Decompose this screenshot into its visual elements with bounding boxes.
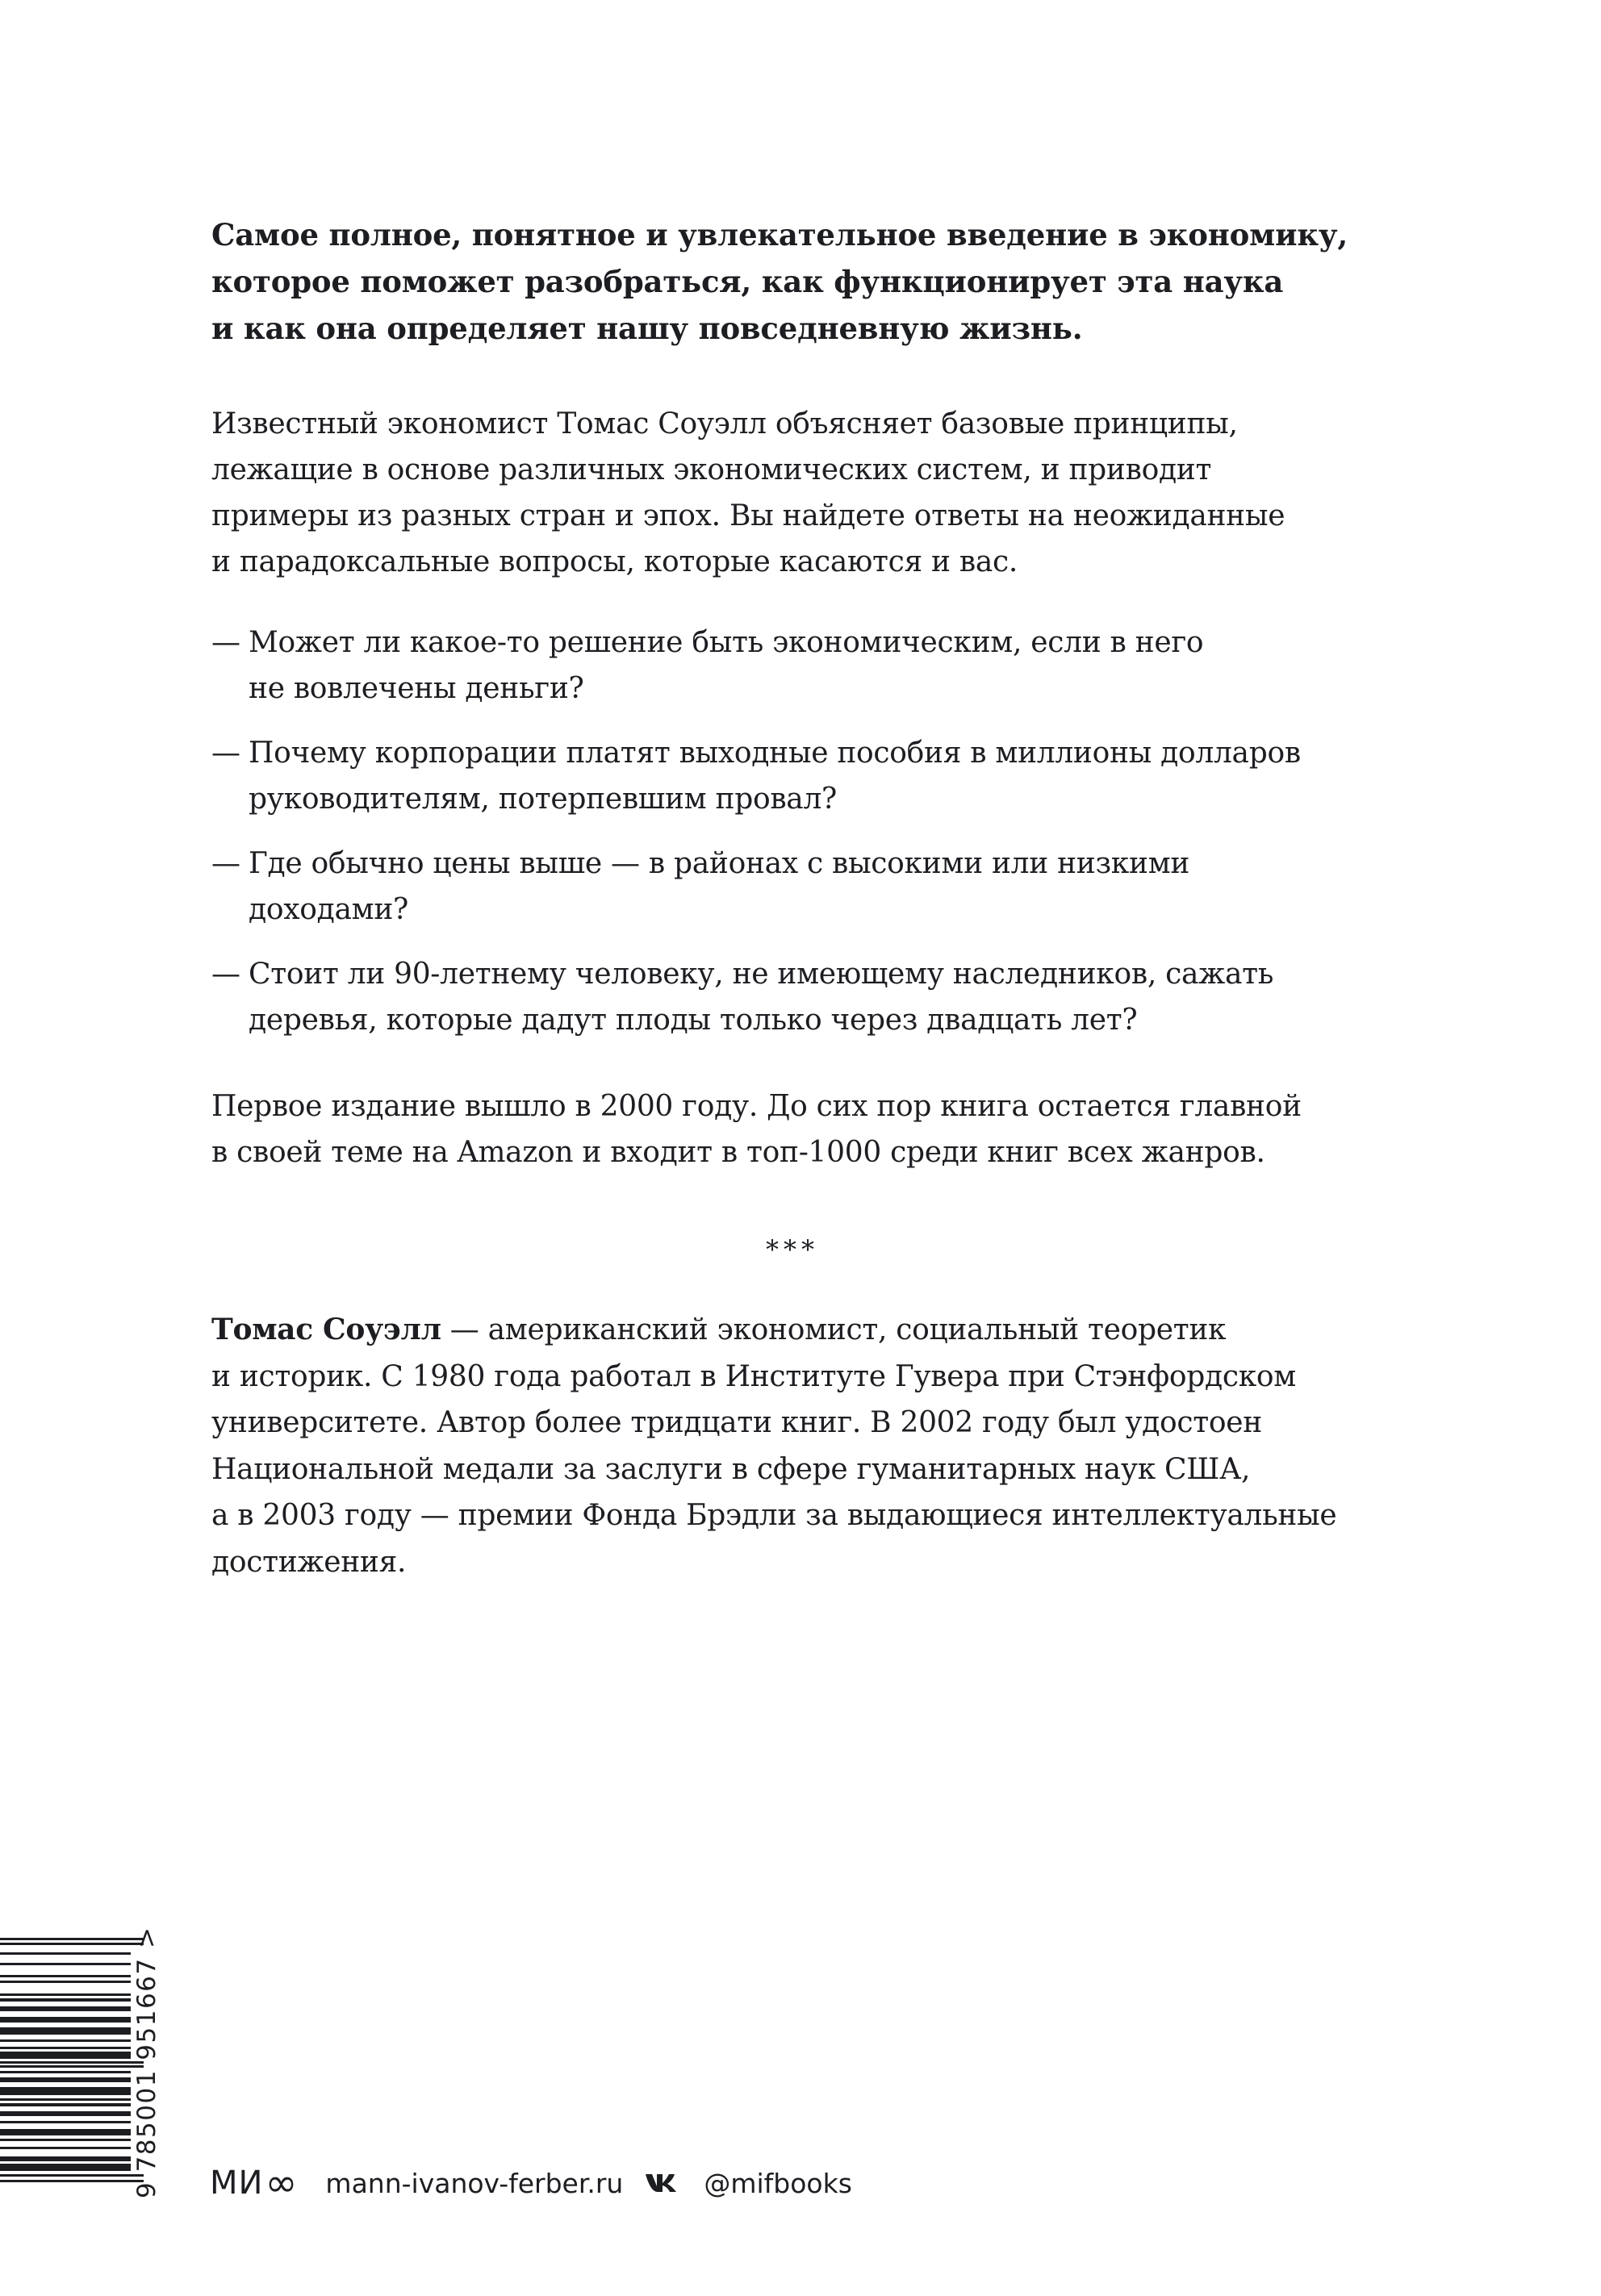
barcode-bar <box>0 2039 131 2042</box>
first-edition-line: в своей теме на Amazon и входит в топ-10… <box>211 1129 1357 1175</box>
bio-line: Национальной медали за заслуги в сфере г… <box>211 1446 1357 1493</box>
social-handle[interactable]: @mifbooks <box>704 2168 852 2199</box>
barcode-bar <box>0 1943 144 1945</box>
logo-letters: МИ <box>210 2165 263 2202</box>
barcode-bar <box>0 2156 131 2161</box>
barcode-bar <box>0 2129 131 2135</box>
barcode-bar <box>0 2052 131 2059</box>
barcode-bar <box>0 1975 131 1977</box>
dash-bullet: — <box>211 620 240 666</box>
bio-line: и историк. С 1980 года работал в Институ… <box>211 1354 1357 1401</box>
intro-line: и парадоксальные вопросы, которые касают… <box>211 539 1357 585</box>
intro-line: лежащие в основе различных экономических… <box>211 447 1357 493</box>
barcode-bar <box>0 2065 144 2068</box>
barcode-bar <box>0 2006 131 2011</box>
first-edition-line: Первое издание вышло в 2000 году. До сих… <box>211 1083 1357 1129</box>
question-line: Стоит ли 90-летнему человеку, не имеющем… <box>249 951 1357 997</box>
question-item: — Почему корпорации платят выходные посо… <box>211 730 1357 822</box>
barcode-bar <box>0 2071 131 2073</box>
barcode-bar <box>0 2164 131 2171</box>
question-line: Почему корпорации платят выходные пособи… <box>249 730 1357 776</box>
question-item: — Может ли какое-то решение быть экономи… <box>211 620 1357 712</box>
barcode-bar <box>0 2098 131 2101</box>
bio-text: — американский экономист, социальный тео… <box>441 1313 1227 1346</box>
dash-bullet: — <box>211 730 240 776</box>
lead-paragraph: Самое полное, понятное и увлекательное в… <box>211 211 1341 352</box>
barcode-bar <box>0 2139 131 2141</box>
bio-line: Томас Соуэлл — американский экономист, с… <box>211 1307 1357 1354</box>
bio-line: университете. Автор более тридцати книг.… <box>211 1400 1357 1446</box>
author-bio: Томас Соуэлл — американский экономист, с… <box>211 1307 1357 1585</box>
question-line: не вовлечены деньги? <box>249 666 1357 712</box>
dash-bullet: — <box>211 951 240 997</box>
barcode-bar <box>0 2087 131 2095</box>
barcode-bar <box>0 2077 131 2082</box>
vk-icon[interactable] <box>646 2173 679 2193</box>
question-line: руководителям, потерпевшим провал? <box>249 776 1357 822</box>
barcode-bar <box>0 1998 131 2002</box>
question-line: Где обычно цены выше — в районах с высок… <box>249 841 1357 887</box>
barcode-bar <box>0 2027 131 2035</box>
barcode-bar <box>0 2017 131 2023</box>
isbn-barcode-icon: 9 785001 951667 > <box>0 1932 161 2198</box>
lead-line: которое поможет разобраться, как функцио… <box>211 258 1341 305</box>
lead-line: Самое полное, понятное и увлекательное в… <box>211 211 1341 258</box>
question-item: — Стоит ли 90-летнему человеку, не имеющ… <box>211 951 1357 1043</box>
barcode-bar <box>0 2061 144 2064</box>
lead-line: и как она определяет нашу повседневную ж… <box>211 305 1341 352</box>
barcode-bar <box>0 1963 131 1965</box>
barcode-bar <box>0 2111 131 2116</box>
isbn-digits: 9 785001 951667 > <box>132 1927 161 2198</box>
barcode-bar <box>0 2174 144 2177</box>
intro-line: Известный экономист Томас Соуэлл объясня… <box>211 401 1357 447</box>
question-line: деревья, которые дадут плоды только чере… <box>249 997 1357 1043</box>
barcode-bar <box>0 2103 131 2106</box>
question-item: — Где обычно цены выше — в районах с выс… <box>211 841 1357 933</box>
barcode-bar <box>0 2121 131 2123</box>
barcode-bar <box>0 1993 131 1996</box>
publisher-logo: МИ∞ <box>210 2164 298 2202</box>
dash-bullet: — <box>211 841 240 887</box>
barcode-bar <box>0 1952 131 1955</box>
barcode-bar <box>0 2147 131 2149</box>
first-edition-paragraph: Первое издание вышло в 2000 году. До сих… <box>211 1083 1357 1175</box>
barcode-bar <box>0 1981 131 1983</box>
question-line: Может ли какое-то решение быть экономиче… <box>249 620 1357 666</box>
section-separator: *** <box>211 1234 1365 1265</box>
bio-line: а в 2003 году — премии Фонда Брэдли за в… <box>211 1492 1357 1539</box>
author-name: Томас Соуэлл <box>211 1313 441 1346</box>
website-link[interactable]: mann-ivanov-ferber.ru <box>325 2168 623 2199</box>
question-line: доходами? <box>249 887 1357 933</box>
barcode-bar <box>0 2180 144 2182</box>
barcode-bar <box>0 2047 131 2049</box>
bio-line: достижения. <box>211 1539 1357 1586</box>
question-list: — Может ли какое-то решение быть экономи… <box>211 620 1357 1062</box>
intro-line: примеры из разных стран и эпох. Вы найде… <box>211 493 1357 539</box>
intro-paragraph: Известный экономист Томас Соуэлл объясня… <box>211 401 1357 585</box>
infinity-icon: ∞ <box>265 2164 298 2202</box>
barcode-bar <box>0 1938 144 1940</box>
publisher-footer: МИ∞ mann-ivanov-ferber.ru @mifbooks <box>210 2165 852 2201</box>
